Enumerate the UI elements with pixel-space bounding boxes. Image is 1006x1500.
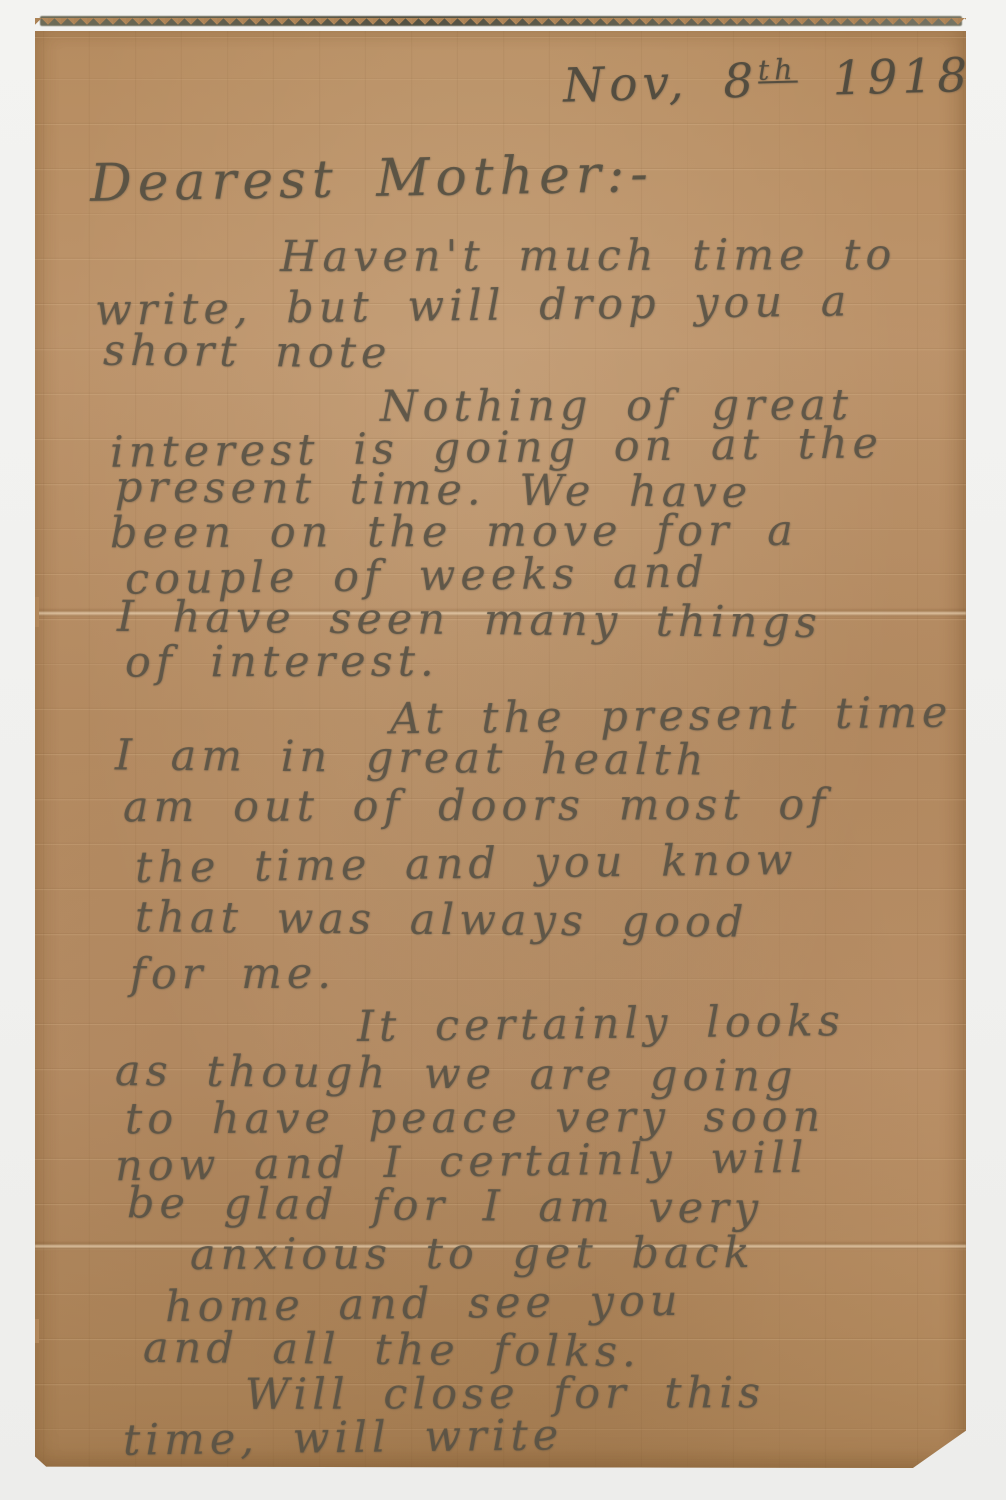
letter-line: am out of doors most of [123, 780, 830, 832]
letter-line: for me. [130, 949, 336, 1000]
letter-paper: Nov, 8th 1918. Dearest Mother:- Haven't … [35, 31, 966, 1468]
letter-line: anxious to get back [190, 1228, 755, 1280]
letter-line: of interest. [125, 636, 439, 687]
letter-line: It certainly looks [357, 996, 845, 1052]
scan-background: Nov, 8th 1918. Dearest Mother:- Haven't … [0, 0, 1006, 1500]
letter-line: that was always good [135, 892, 749, 947]
torn-edge-perforation [35, 18, 966, 32]
date-year: 1918. [797, 47, 993, 107]
date-line: Nov, 8th 1918. [562, 47, 992, 113]
letter-line: the time and you know [135, 835, 798, 893]
salutation: Dearest Mother:- [90, 144, 655, 214]
date-ordinal: th [757, 53, 797, 87]
torn-edge-nub [28, 1319, 39, 1343]
torn-edge-nub [28, 597, 39, 627]
letter-line: be glad for I am very [127, 1178, 764, 1234]
letter-line: I am in great health [115, 730, 709, 785]
date-month-day: Nov, 8 [562, 54, 759, 114]
letter-line: Haven't much time to [280, 230, 897, 282]
letter-line: time, will write [123, 1410, 564, 1465]
letter-line: short note [103, 326, 392, 379]
